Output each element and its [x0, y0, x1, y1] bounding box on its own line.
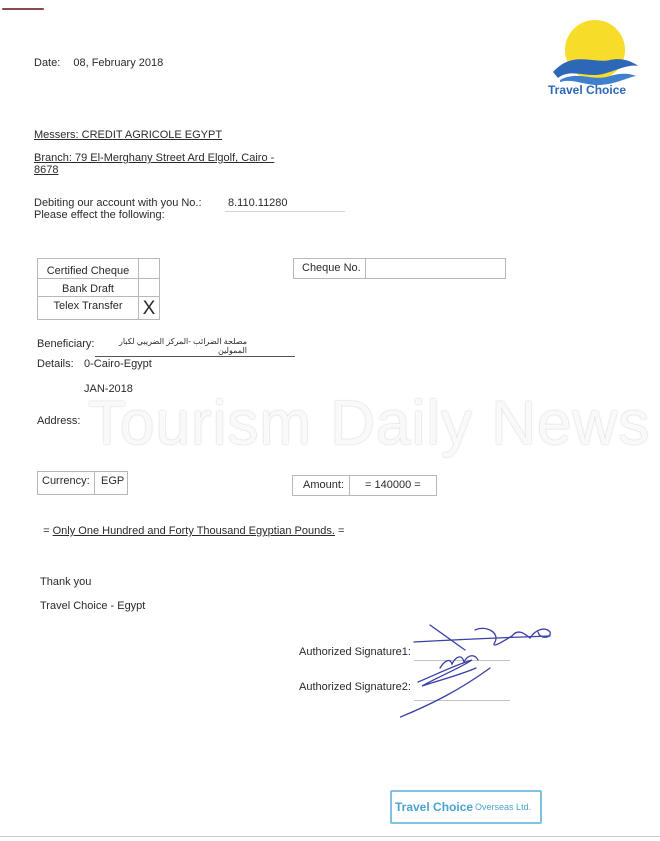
signature1-label: Authorized Signature1:	[299, 646, 411, 658]
logo-text: Travel Choice	[548, 83, 626, 97]
stamp-company: Travel Choice	[395, 800, 473, 814]
branch-line-1: Branch: 79 El-Merghany Street Ard Elgolf…	[34, 152, 274, 164]
payment-type-bank-draft: Bank Draft	[37, 278, 139, 297]
date-line: Date: 08, February 2018	[34, 57, 163, 69]
date-value: 08, February 2018	[73, 57, 163, 69]
details-line-1: 0-Cairo-Egypt	[84, 358, 152, 370]
payment-mark-bank-draft	[138, 278, 160, 297]
watermark: Tourism Daily News	[88, 388, 650, 459]
signature2-label: Authorized Signature2:	[299, 681, 411, 693]
cheque-no-label: Cheque No.	[293, 258, 366, 279]
payment-type-certified-cheque: Certified Cheque	[37, 258, 139, 279]
effect-label: Please effect the following:	[34, 209, 165, 221]
branch-line-2: 8678	[34, 164, 58, 176]
amount-words-prefix: =	[43, 525, 52, 537]
amount-value: = 140000 =	[349, 475, 437, 496]
pen-mark	[2, 8, 44, 10]
cheque-no-value	[365, 258, 506, 279]
payment-mark-certified-cheque	[138, 258, 160, 279]
sender-name: Travel Choice - Egypt	[40, 600, 145, 612]
currency-label: Currency:	[37, 471, 95, 495]
amount-words-suffix: =	[335, 525, 344, 537]
debit-label: Debiting our account with you No.:	[34, 197, 202, 209]
debit-account: 8.110.11280	[228, 197, 288, 209]
amount-in-words: = Only One Hundred and Forty Thousand Eg…	[37, 513, 344, 537]
company-stamp: Travel Choice Overseas Ltd.	[390, 790, 542, 824]
beneficiary-value: مصلحة الضرائب -المركز الضريبي لكبار المم…	[95, 337, 295, 357]
thank-you: Thank you	[40, 576, 91, 588]
page-edge	[0, 836, 660, 837]
currency-value: EGP	[94, 471, 128, 495]
address-label: Address:	[37, 415, 80, 427]
payment-mark-telex-transfer: X	[138, 296, 160, 320]
messers: Messers: CREDIT AGRICOLE EGYPT	[34, 129, 222, 141]
stamp-suffix: Overseas Ltd.	[475, 802, 531, 812]
payment-type-telex-transfer: Telex Transfer	[37, 296, 139, 320]
beneficiary-label: Beneficiary:	[37, 338, 94, 350]
details-label: Details:	[37, 358, 74, 370]
amount-label: Amount:	[292, 475, 350, 496]
date-label: Date:	[34, 57, 60, 69]
amount-words: Only One Hundred and Forty Thousand Egyp…	[53, 525, 335, 537]
account-underline	[225, 211, 345, 212]
signature-ink-icon	[400, 620, 570, 730]
